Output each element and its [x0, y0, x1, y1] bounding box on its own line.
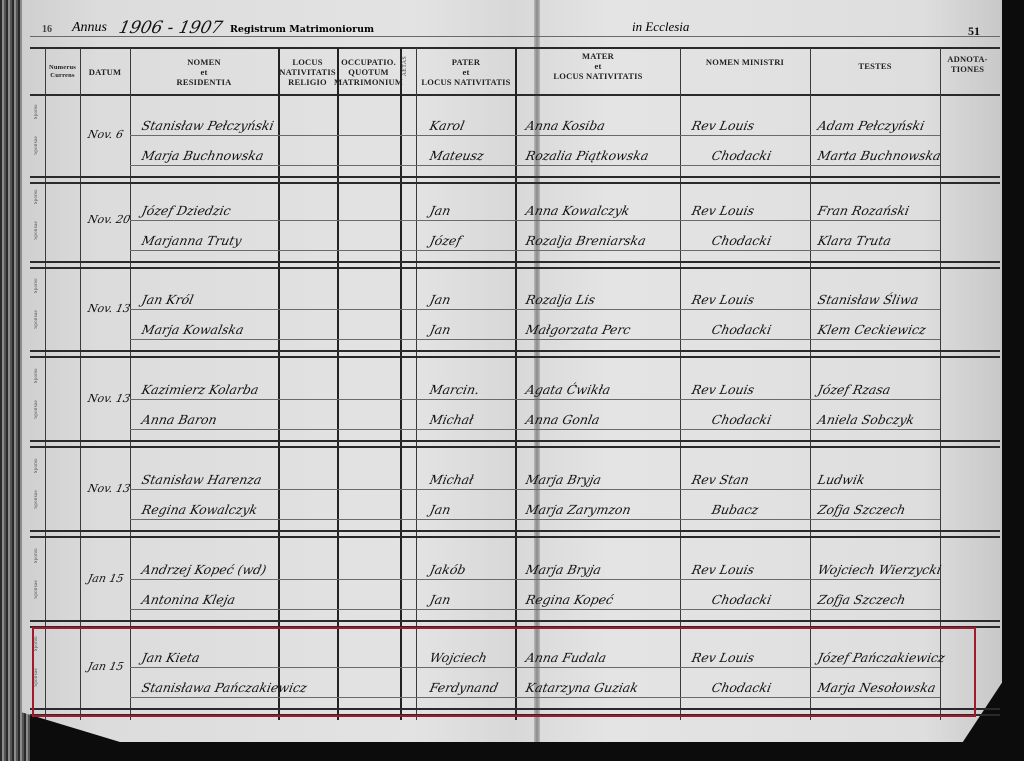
record-date: Nov. 20: [87, 213, 132, 226]
groom-mother: Agata Ćwikła: [524, 382, 611, 397]
col-nomen: NOMENetRESIDENTIA: [130, 50, 278, 94]
witness-2: Aniela Sobczyk: [816, 412, 915, 427]
writing-guide-line: [130, 135, 940, 136]
groom-name: Stanisław Pełczyński: [140, 118, 275, 133]
writing-guide-line: [130, 579, 940, 580]
writing-guide-line: [130, 609, 940, 610]
minister-name-2: Chodacki: [710, 592, 772, 607]
writing-guide-line: [130, 489, 940, 490]
record-separator-rule: [30, 267, 1000, 269]
col-aetas: AETAS: [402, 56, 408, 76]
minister-name-2: Chodacki: [710, 680, 772, 695]
record-date: Nov. 6: [87, 128, 125, 141]
writing-guide-line: [130, 667, 940, 668]
minister-name-2: Bubacz: [710, 502, 759, 517]
minister-name-2: Chodacki: [710, 148, 772, 163]
record-separator-rule: [30, 446, 1000, 448]
bride-father: Józef: [428, 233, 462, 248]
groom-father: Michał: [428, 472, 475, 487]
bride-mother: Marja Zarymzon: [524, 502, 632, 517]
book-gutter: [534, 0, 540, 742]
writing-guide-line: [130, 429, 940, 430]
minister-name-2: Chodacki: [710, 412, 772, 427]
record-date: Nov. 13: [87, 302, 132, 315]
row-label-sponsae: Sponsae: [34, 668, 39, 687]
row-label-sponsi: Sponsi: [34, 189, 39, 204]
witness-1: Józef Pańczakiewicz: [816, 650, 946, 665]
minister-name-1: Rev Stan: [690, 472, 750, 487]
col-datum: DATUM: [80, 50, 130, 94]
bride-father: Mateusz: [428, 148, 485, 163]
col-minister: NOMEN MINISTRI: [680, 40, 810, 84]
bride-father: Jan: [428, 502, 452, 517]
row-label-sponsi: Sponsi: [34, 458, 39, 473]
annus-label: Annus: [72, 20, 107, 50]
writing-guide-line: [130, 250, 940, 251]
row-label-sponsae: Sponsae: [34, 221, 39, 240]
witness-2: Marta Buchnowska: [816, 148, 942, 163]
groom-mother: Rozalja Lis: [524, 292, 596, 307]
groom-father: Jan: [428, 203, 452, 218]
row-label-sponsi: Sponsi: [34, 368, 39, 383]
record-bottom-rule: [30, 620, 1000, 622]
bride-name: Stanisława Pańczakiewicz: [140, 680, 308, 695]
row-label-sponsae: Sponsae: [34, 400, 39, 419]
witness-2: Klara Truta: [816, 233, 892, 248]
bride-mother: Anna Gonla: [524, 412, 601, 427]
witness-2: Zofja Szczech: [816, 502, 907, 517]
groom-father: Jan: [428, 292, 452, 307]
record-date: Nov. 13: [87, 482, 132, 495]
witness-1: Wojciech Wierzycki: [816, 562, 942, 577]
record-bottom-rule: [30, 176, 1000, 178]
minister-name-1: Rev Louis: [690, 292, 755, 307]
record-separator-rule: [30, 182, 1000, 184]
groom-name: Jan Kieta: [140, 650, 201, 665]
col-numerus: Numerus Currens: [45, 50, 80, 94]
bride-father: Jan: [428, 592, 452, 607]
minister-name-2: Chodacki: [710, 322, 772, 337]
witness-1: Ludwik: [816, 472, 866, 487]
witness-2: Marja Nesołowska: [816, 680, 937, 695]
row-label-sponsi: Sponsi: [34, 278, 39, 293]
writing-guide-line: [130, 399, 940, 400]
col-locus: LOCUSNATIVITATISRELIGIO: [278, 50, 337, 94]
bride-mother: Regina Kopeć: [524, 592, 614, 607]
row-label-sponsae: Sponsae: [34, 490, 39, 509]
groom-name: Jan Król: [140, 292, 195, 307]
writing-guide-line: [130, 165, 940, 166]
bride-father: Michał: [428, 412, 475, 427]
witness-1: Adam Pełczyński: [816, 118, 925, 133]
bride-name: Marja Kowalska: [140, 322, 245, 337]
record-bottom-rule: [30, 708, 1000, 710]
left-page-number: 16: [42, 24, 52, 35]
groom-name: Andrzej Kopeć (wd): [140, 562, 267, 577]
row-label-sponsi: Sponsi: [34, 636, 39, 651]
witness-2: Zofja Szczech: [816, 592, 907, 607]
writing-guide-line: [130, 309, 940, 310]
writing-guide-line: [130, 519, 940, 520]
witness-1: Fran Rozański: [816, 203, 910, 218]
witness-2: Klem Ceckiewicz: [816, 322, 927, 337]
writing-guide-line: [130, 220, 940, 221]
col-mater: MATERetLOCUS NATIVITATIS: [516, 44, 680, 88]
record-separator-rule: [30, 356, 1000, 358]
record-bottom-rule: [30, 440, 1000, 442]
groom-father: Wojciech: [428, 650, 488, 665]
register-page: [22, 0, 1002, 742]
year-range: 1906 - 1907: [115, 18, 224, 48]
groom-name: Józef Dziedzic: [140, 203, 232, 218]
record-date: Jan 15: [87, 660, 125, 673]
bride-name: Regina Kowalczyk: [140, 502, 258, 517]
col-testes: TESTES: [810, 44, 940, 88]
record-separator-rule: [30, 536, 1000, 538]
minister-name-1: Rev Louis: [690, 203, 755, 218]
groom-father: Jakób: [428, 562, 467, 577]
witness-1: Józef Rzasa: [816, 382, 892, 397]
groom-name: Stanisław Harenza: [140, 472, 263, 487]
bride-mother: Rozalja Breniarska: [524, 233, 647, 248]
minister-name-1: Rev Louis: [690, 382, 755, 397]
groom-mother: Anna Kosiba: [524, 118, 606, 133]
writing-guide-line: [130, 339, 940, 340]
row-label-sponsae: Sponsae: [34, 580, 39, 599]
bride-name: Anna Baron: [140, 412, 218, 427]
writing-guide-line: [130, 697, 940, 698]
groom-mother: Marja Bryja: [524, 562, 602, 577]
row-label-sponsae: Sponsae: [34, 310, 39, 329]
bride-mother: Rozalia Piątkowska: [524, 148, 650, 163]
minister-name-2: Chodacki: [710, 233, 772, 248]
record-separator-rule: [30, 626, 1000, 628]
bride-name: Marja Buchnowska: [140, 148, 265, 163]
title-rule: [30, 36, 1000, 37]
groom-father: Marcin.: [428, 382, 480, 397]
groom-mother: Anna Kowalczyk: [524, 203, 631, 218]
bride-mother: Małgorzata Perc: [524, 322, 632, 337]
bride-name: Antonina Kleja: [140, 592, 236, 607]
minister-name-1: Rev Louis: [690, 118, 755, 133]
groom-mother: Anna Fudala: [524, 650, 607, 665]
record-date: Jan 15: [87, 572, 125, 585]
record-bottom-rule: [30, 350, 1000, 352]
bride-name: Marjanna Truty: [140, 233, 243, 248]
row-label-sponsi: Sponsi: [34, 548, 39, 563]
bride-father: Jan: [428, 322, 452, 337]
groom-name: Kazimierz Kolarba: [140, 382, 260, 397]
col-occupatio: OCCUPATIO.QUOTUMMATRIMONIUM: [337, 50, 400, 94]
record-separator-rule: [30, 714, 1000, 716]
col-pater: PATERetLOCUS NATIVITATIS: [416, 50, 516, 94]
record-bottom-rule: [30, 530, 1000, 532]
minister-name-1: Rev Louis: [690, 650, 755, 665]
minister-name-1: Rev Louis: [690, 562, 755, 577]
record-date: Nov. 13: [87, 392, 132, 405]
row-label-sponsi: Sponsi: [34, 104, 39, 119]
witness-1: Stanisław Śliwa: [816, 292, 920, 307]
record-bottom-rule: [30, 261, 1000, 263]
groom-mother: Marja Bryja: [524, 472, 602, 487]
bride-father: Ferdynand: [428, 680, 499, 695]
bride-mother: Katarzyna Guziak: [524, 680, 639, 695]
col-adnotationes: ADNOTA-TIONES: [940, 42, 995, 86]
row-label-sponsae: Sponsae: [34, 136, 39, 155]
groom-father: Karol: [428, 118, 465, 133]
